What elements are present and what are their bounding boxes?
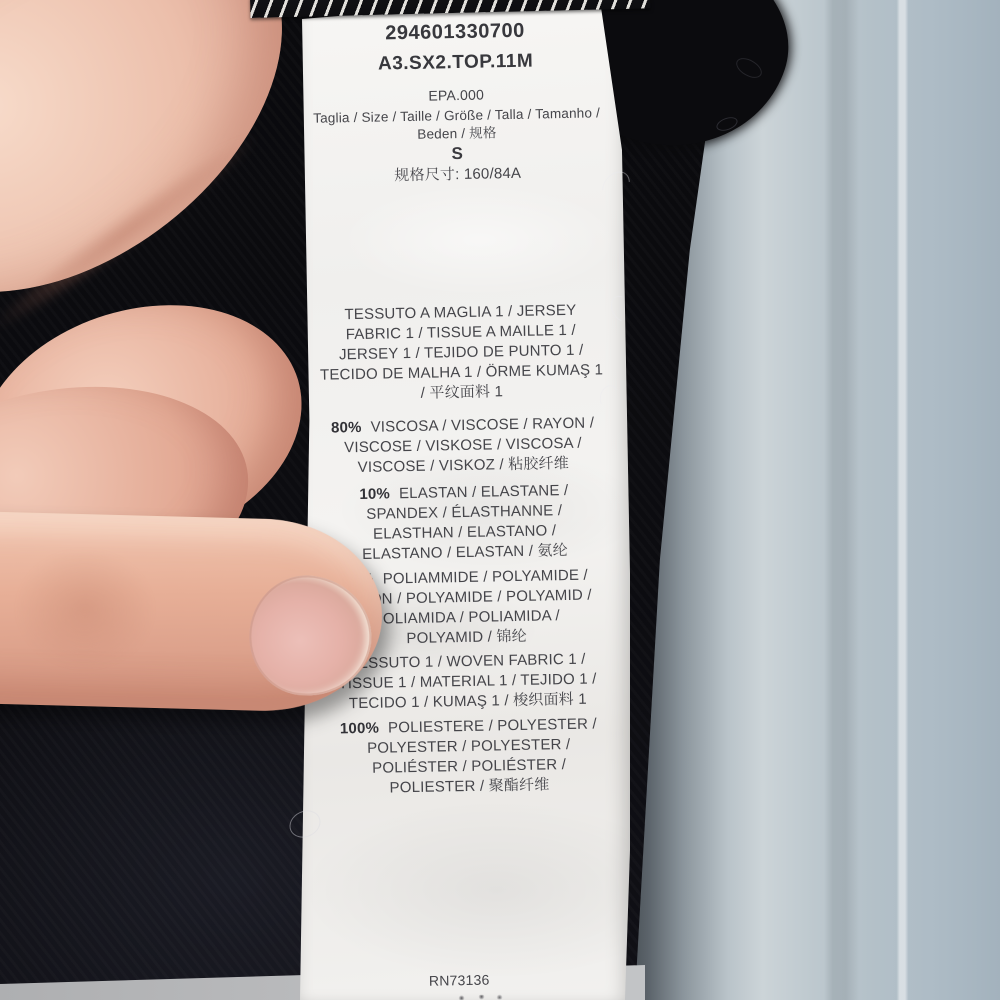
thumb bbox=[0, 510, 384, 714]
thumb-crease bbox=[8, 542, 161, 676]
percent-value: 80% bbox=[331, 419, 362, 437]
fabric1-header: TESSUTO A MAGLIA 1 / JERSEY FABRIC 1 / T… bbox=[296, 300, 626, 406]
percent-value: 10% bbox=[359, 485, 390, 503]
style-code: 294601330700 bbox=[291, 19, 619, 45]
cutoff-text-sliver bbox=[456, 994, 516, 1000]
rn-number: RN73136 bbox=[295, 967, 623, 993]
photo-scene: 294601330700 A3.SX2.TOP.11M EPA.000 Tagl… bbox=[0, 0, 1000, 1000]
percent-value: 100% bbox=[340, 720, 379, 738]
care-label: 294601330700 A3.SX2.TOP.11M EPA.000 Tagl… bbox=[296, 0, 630, 1000]
model-code: A3.SX2.TOP.11M bbox=[291, 50, 619, 76]
care-label-text: 294601330700 A3.SX2.TOP.11M EPA.000 Tagl… bbox=[286, 0, 639, 1000]
composition-viscose: 80%VISCOSA / VISCOSE / RAYON / VISCOSE /… bbox=[298, 413, 627, 479]
size-heading: Taglia / Size / Taille / Größe / Talla /… bbox=[292, 104, 621, 146]
composition-polyester: 100%POLIESTERE / POLYESTER / POLYESTER /… bbox=[304, 714, 633, 800]
